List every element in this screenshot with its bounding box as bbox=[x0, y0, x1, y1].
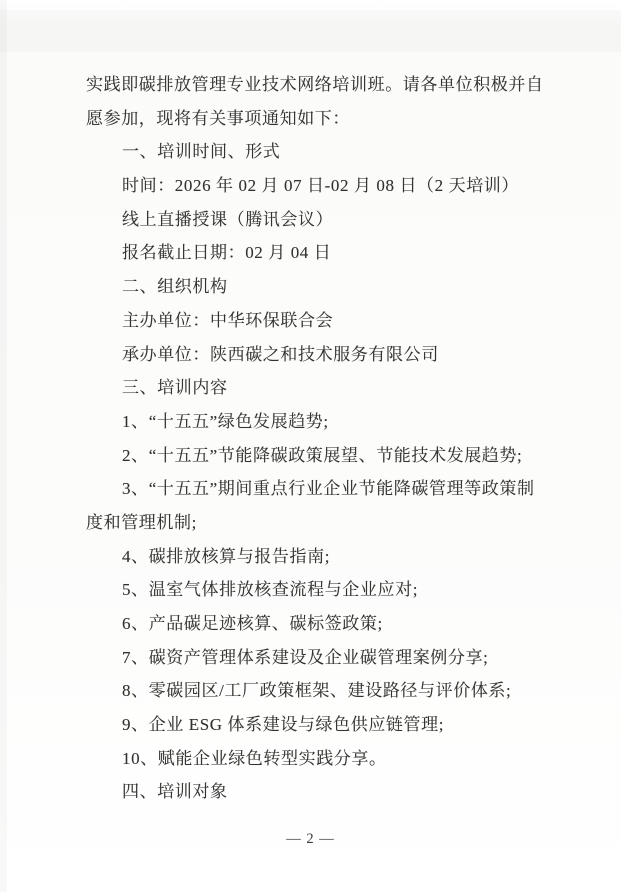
doc-list-item-5: 5、温室气体排放核查流程与企业应对; bbox=[86, 573, 556, 607]
doc-heading-section-1: 一、培训时间、形式 bbox=[86, 135, 556, 169]
doc-list-item-6: 6、产品碳足迹核算、碳标签政策; bbox=[86, 607, 556, 641]
document-body: 实践即碳排放管理专业技术网络培训班。请各单位积极并自 愿参加，现将有关事项通知如… bbox=[86, 68, 556, 809]
doc-list-item-7: 7、碳资产管理体系建设及企业碳管理案例分享; bbox=[86, 641, 556, 675]
doc-line-registration-deadline: 报名截止日期：02 月 04 日 bbox=[86, 236, 556, 270]
doc-list-item-1: 1、“十五五”绿色发展趋势; bbox=[86, 405, 556, 439]
doc-list-item-2: 2、“十五五”节能降碳政策展望、节能技术发展趋势; bbox=[86, 439, 556, 473]
doc-list-item-3-continued: 度和管理机制; bbox=[86, 506, 556, 540]
doc-heading-section-4: 四、培训对象 bbox=[86, 775, 556, 809]
doc-heading-section-2: 二、组织机构 bbox=[86, 270, 556, 304]
scanned-document-page: 实践即碳排放管理专业技术网络培训班。请各单位积极并自 愿参加，现将有关事项通知如… bbox=[0, 0, 621, 892]
doc-line-organizer-unit: 承办单位：陕西碳之和技术服务有限公司 bbox=[86, 338, 556, 372]
doc-line-training-time: 时间：2026 年 02 月 07 日-02 月 08 日（2 天培训） bbox=[86, 169, 556, 203]
doc-list-item-10: 10、赋能企业绿色转型实践分享。 bbox=[86, 742, 556, 776]
doc-list-item-9: 9、企业 ESG 体系建设与绿色供应链管理; bbox=[86, 708, 556, 742]
doc-line-online-format: 线上直播授课（腾讯会议） bbox=[86, 203, 556, 237]
doc-line: 实践即碳排放管理专业技术网络培训班。请各单位积极并自 bbox=[86, 68, 556, 102]
scan-shading-band bbox=[0, 10, 621, 52]
doc-line: 愿参加，现将有关事项通知如下： bbox=[86, 102, 556, 136]
doc-list-item-8: 8、零碳园区/工厂政策框架、建设路径与评价体系; bbox=[86, 674, 556, 708]
page-number: — 2 — bbox=[0, 831, 621, 848]
doc-list-item-4: 4、碳排放核算与报告指南; bbox=[86, 540, 556, 574]
scan-edge-shading bbox=[0, 0, 7, 892]
doc-line-host-unit: 主办单位：中华环保联合会 bbox=[86, 304, 556, 338]
doc-heading-section-3: 三、培训内容 bbox=[86, 371, 556, 405]
doc-list-item-3: 3、“十五五”期间重点行业企业节能降碳管理等政策制 bbox=[86, 472, 556, 506]
